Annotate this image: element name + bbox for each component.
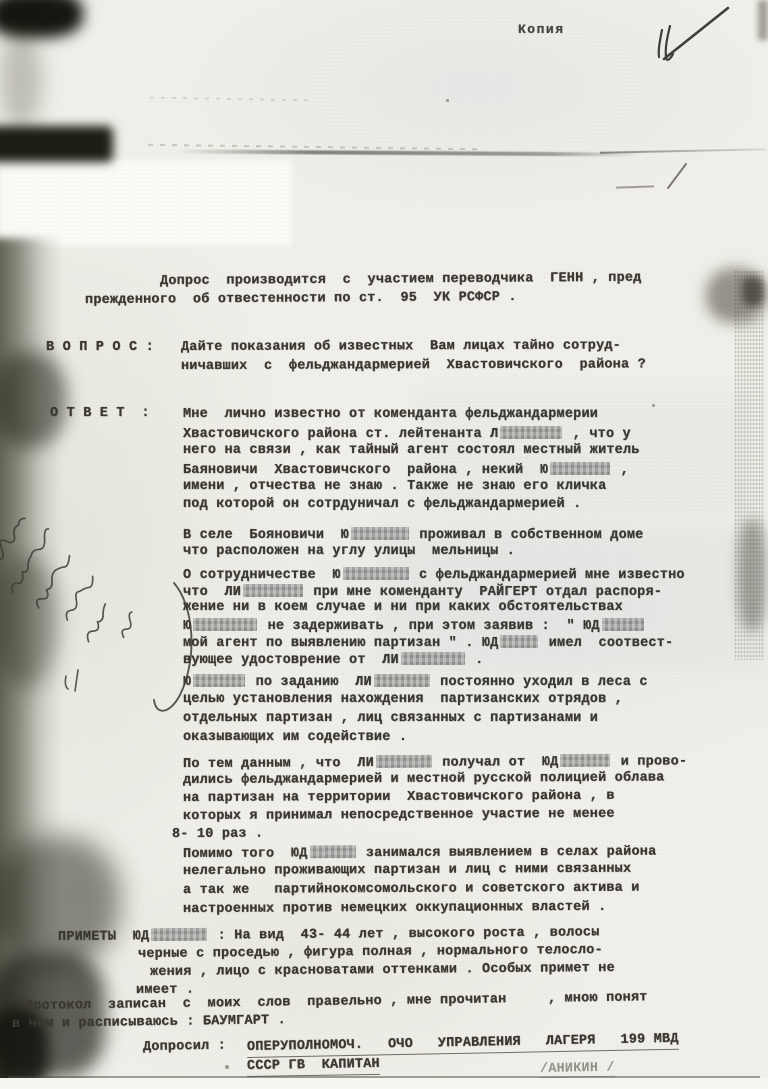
text-segment: По тем данным , что ЛИ [183,756,374,772]
redaction-block [550,462,610,475]
answer-p6-line3: а так же партийнокомсомольского и советс… [183,882,640,898]
answer-p6-line1: Помимо того ЮД занимался выявлением в се… [183,844,656,862]
ink-speck [652,404,655,407]
text-segment: а так же партийнокомсомольского и советс… [183,881,640,898]
redaction-block [500,635,538,648]
scan-dark-blob-top-left [0,0,83,38]
text-segment: целью установления нахождения партизанск… [183,692,623,707]
answer-p3-line6: вующее удостоврение от ЛИ . [183,652,483,668]
text-segment: Ю [183,619,191,634]
text-segment: в чем и расписываюсь : БАУМГАРТ . [12,1013,286,1032]
text-segment: занимался выявлением в селах района [357,845,656,862]
text-segment: , что у [564,427,630,442]
redaction-block [243,584,303,597]
text-segment: В селе Бояновичи Ю [183,528,349,543]
primety-line2: черные с проседью , фигура полная , норм… [138,944,603,962]
text-segment: ничавших с фельджандармерией Хвастовичск… [181,357,646,374]
answer-p6-line2: нелегально проживающих партизан и лиц с … [183,863,631,879]
text-segment: имени , отчества не знаю . Также не знаю… [183,479,606,494]
text-segment: 8- 10 раз . [172,827,263,842]
text-segment: отдельных партизан , лиц связанных с пар… [183,711,598,726]
text-segment: получал от ЮД [434,755,559,771]
scan-dark-blob [0,952,105,1077]
redaction-block [343,567,409,580]
interrogator-title-line2: СССР ГВ КАПИТАН [247,1058,380,1074]
text-segment: оказывающих им содействие . [183,730,407,745]
text-segment: настроенных против немецких оккупационны… [183,900,606,917]
redaction-block [351,527,409,540]
text-segment: под которой он сотрдуничал с фельджандар… [183,497,581,512]
text-segment: СССР ГВ КАПИТАН [247,1057,380,1077]
answer-p2-line2: что расположен на углу улицы мельницы . [183,545,515,559]
answer-p1-line4: Баяновичи Хвастовичского района , некий … [183,462,629,478]
protocol-line2: в чем и расписываюсь : БАУМГАРТ . [12,1014,286,1032]
question-line-2: ничавших с фельджандармерией Хвастовичск… [181,358,646,374]
text-segment: Помимо того ЮД [183,846,308,862]
text-segment: : На вид 43- 44 лет , высокого роста , в… [209,925,599,943]
text-segment: черные с проседью , фигура полная , норм… [138,943,603,962]
answer-p5-line2: дились фельджандармерией и местной русск… [183,771,665,788]
redaction-block [193,618,257,631]
text-segment: /АНИКИН / [540,1061,615,1077]
text-segment: ПРИМЕТЫ ЮД [58,929,149,945]
text-segment: него на связи , как тайный агент состоял… [183,443,640,458]
text-segment: постоянно уходил в леса с [432,675,648,690]
intro-line-1: Допрос производится с участием переводчи… [160,272,642,289]
scan-white-patch [0,160,292,246]
redaction-block [374,674,430,687]
page-edge-strip [0,1078,768,1089]
text-segment: О сотрудничестве Ю [183,568,341,583]
text-segment: не задерживать , при этом заявив : " ЮД [259,619,599,634]
answer-p5-line3: на партизан на территории Хвастовичского… [183,790,615,806]
text-segment: имеет . [136,982,194,998]
text-segment: Дайте показания об известных Вам лицах т… [181,338,621,355]
text-segment: В О П Р О С : [46,340,154,355]
answer-p4-line4: оказывающих им содействие . [183,731,407,745]
handwritten-tally-mark [640,2,740,66]
pencil-streak [175,149,640,156]
text-segment: Допросил : [143,1039,226,1055]
answer-p5-line5: 8- 10 раз . [172,828,263,842]
interrogator-name: /АНИКИН / [540,1062,615,1078]
answer-p5-line1: По тем данным , что ЛИ получал от ЮД и п… [183,753,687,772]
marginal-handwriting [8,408,208,728]
answer-p3-line5: мой агент по выявлению партизан " . ЮД и… [183,635,673,651]
answer-p1-line6: под которой он сотрдуничал с фельджандар… [183,498,581,512]
intro-line-2: прежденного об отвестенности по ст. 95 У… [85,291,517,308]
scanned-interrogation-protocol-page: Копия Допрос производится с у [0,0,768,1089]
scan-dark-bar-left [0,126,113,162]
text-segment: имел соотвест- [540,636,673,651]
scan-dark-blob [0,836,120,966]
answer-p3-line4: Ю не задерживать , при этом заявив : " Ю… [183,618,646,634]
text-segment: Допрос производится с участием переводчи… [160,271,642,289]
text-segment: проживал в собственном доме [411,528,643,543]
text-segment: с фельджандармерией мне известно [411,568,685,583]
text-segment: Мне лично известно от коменданта фельджа… [183,407,598,422]
answer-p4-line3: отдельных партизан , лиц связанных с пар… [183,712,598,726]
text-segment: Ю [183,675,191,690]
redaction-block [193,674,245,687]
text-segment: ОПЕРУПОЛНОМОЧ. ОЧО УПРАВЛЕНИЯ ЛАГЕРЯ 199… [247,1032,679,1058]
scan-speckle-band-right [734,270,764,660]
redaction-block [151,928,207,941]
redaction-block [560,754,610,767]
redaction-block [309,845,355,858]
question-label: В О П Р О С : [46,341,154,355]
answer-p3-line3: жение ни в коем случае и ни при каких об… [183,601,623,615]
pencil-streak [600,148,766,153]
text-segment: жения , лицо с красноватами оттенками . … [150,961,615,980]
answer-p4-line2: целью установления нахождения партизанск… [183,693,623,707]
scan-dark-blob-right [738,520,766,630]
text-segment: что ЛИ [183,585,241,600]
text-segment: . [467,653,484,668]
text-segment: и прово- [612,754,687,769]
copy-stamp: Копия [518,22,565,37]
ink-speck [446,99,449,102]
answer-p3-line2: что ЛИ при мне коменданту РАЙГЕРТ отдал … [183,584,662,600]
answer-p1-line2: Хвастовичского района ст. лейтенанта Л ,… [183,426,631,442]
answer-p1-line3: него на связи , как тайный агент состоял… [183,444,640,458]
scan-dark-blob-right [706,268,766,323]
text-segment: по заданию ЛИ [247,675,372,690]
text-segment: нелегально проживающих партизан и лиц с … [183,862,631,879]
primety-line3: жения , лицо с красноватами оттенками . … [150,962,615,980]
answer-p5-line4: которых я принимал непосредственное учас… [183,808,615,824]
redaction-block [500,426,562,439]
protocol-line1: Протокол записан с моих слов правельно ,… [25,991,648,1014]
text-segment: , [612,463,629,478]
text-segment: Хвастовичского района ст. лейтенанта Л [183,427,498,442]
text-segment: Протокол записан с моих слов правельно ,… [25,990,648,1014]
text-segment: Баяновичи Хвастовичского района , некий … [183,463,548,478]
text-segment: при мне коменданту РАЙГЕРТ отдал распоря… [305,585,662,600]
answer-label: О Т В Е Т : [50,407,150,421]
text-segment: мой агент по выявлению партизан " . ЮД [183,636,498,651]
answer-p2-line1: В селе Бояновичи Ю проживал в собственно… [183,527,643,543]
ink-speck [225,1065,229,1069]
redaction-block [602,618,644,631]
pencil-streak [150,97,310,102]
text-segment: что расположен на углу улицы мельницы . [183,544,515,559]
answer-p1-line1: Мне лично известно от коменданта фельджа… [183,408,598,422]
answer-p1-line5: имени , отчества не знаю . Также не знаю… [183,480,606,494]
page-edge-line [8,1076,760,1078]
redaction-block [376,755,432,768]
text-segment: вующее удостоврение от ЛИ [183,653,399,668]
answer-p4-line1: Ю по заданию ЛИ постоянно уходил в леса … [183,674,648,690]
interrogator-label: Допросил : [143,1040,226,1055]
scan-dark-blob [0,30,42,130]
text-segment: на партизан на территории Хвастовичского… [183,789,615,806]
text-segment: жение ни в коем случае и ни при каких об… [183,600,623,615]
text-segment: О Т В Е Т : [50,406,150,421]
text-segment: дились фельджандармерией и местной русск… [183,770,665,788]
scan-dark-blob-right [742,276,764,306]
answer-p6-line4: настроенных против немецких оккупационны… [183,901,606,917]
interrogator-title-line1: ОПЕРУПОЛНОМОЧ. ОЧО УПРАВЛЕНИЯ ЛАГЕРЯ 199… [247,1033,679,1055]
pencil-dash [616,185,654,188]
handwritten-slash-mark [664,162,694,192]
primety-line1: ПРИМЕТЫ ЮД : На вид 43- 44 лет , высоког… [58,924,600,945]
answer-p3-line1: О сотрудничестве Ю с фельджандармерией м… [183,567,685,583]
scan-edge-mark [758,0,768,40]
text-segment: прежденного об отвестенности по ст. 95 У… [85,290,517,308]
pencil-streak [148,144,478,151]
text-segment: которых я принимал непосредственное учас… [183,807,615,824]
question-line-1: Дайте показания об известных Вам лицах т… [181,339,621,355]
redaction-block [401,652,465,665]
